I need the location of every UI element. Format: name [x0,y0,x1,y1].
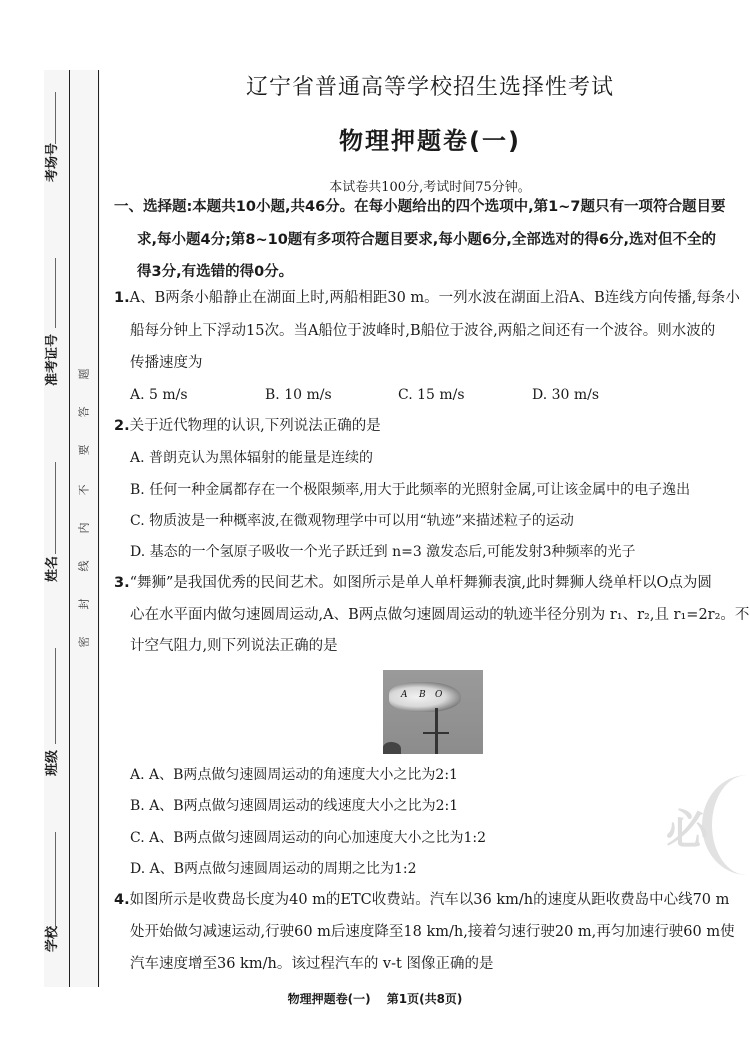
option-c[interactable]: C. 15 m/s [398,380,465,410]
question-text: 如图所示是收费岛长度为40 m的ETC收费站。汽车以36 km/h的速度从距收费… [130,892,730,908]
figure-label-o: O [435,690,442,700]
option-b[interactable]: B. 任何一种金属都存在一个极限频率,用大于此频率的光照射金属,可让该金属中的电… [130,475,690,505]
seal-line-right [98,70,99,987]
option-d[interactable]: D. 30 m/s [532,380,599,410]
crossbar-shape [423,732,449,734]
seal-char: 要 [76,445,92,456]
question-number: 1. [114,290,130,306]
field-label: 姓名 [41,556,60,582]
seal-char: 答 [76,407,92,418]
question-number: 2. [114,418,130,434]
watermark-ring [702,775,750,875]
field-exam-room[interactable]: 考场号 [38,92,64,182]
fill-line [55,832,56,927]
section-instructions-line: 求,每小题4分;第8~10题有多项符合题目要求,每小题6分,全部选对的得6分,选… [137,225,716,255]
seal-char: 线 [76,561,92,572]
option-d[interactable]: D. A、B两点做匀速圆周运动的周期之比为1:2 [130,854,417,884]
question-text: “舞狮”是我国优秀的民间艺术。如图所示是单人单杆舞狮表演,此时舞狮人绕单杆以O点… [130,575,712,591]
field-admission-number[interactable]: 准考证号 [38,258,64,386]
seal-notice: 题 答 要 不 内 线 封 密 [72,0,96,1060]
question-text: 处开始做匀减速运动,行驶60 m后速度降至18 km/h,接着匀速行驶20 m,… [130,917,735,947]
field-school[interactable]: 学校 [38,832,64,952]
option-c[interactable]: C. 物质波是一种概率波,在微观物理学中可以用“轨迹”来描述粒子的运动 [130,506,574,536]
option-b[interactable]: B. 10 m/s [265,380,332,410]
fill-line [55,258,56,328]
footer-paper-title: 物理押题卷(一) [288,992,371,1006]
exam-page: 考场号 准考证号 姓名 班级 学校 题 答 要 不 内 线 封 密 辽宁省普通高… [0,0,750,1060]
fill-line [55,648,56,744]
question-3: 3.“舞狮”是我国优秀的民间艺术。如图所示是单人单杆舞狮表演,此时舞狮人绕单杆以… [114,568,712,598]
question-text: 传播速度为 [130,348,203,378]
field-label: 考场号 [41,143,60,182]
field-name[interactable]: 姓名 [38,462,64,582]
fill-line [55,92,56,144]
option-b[interactable]: B. A、B两点做匀速圆周运动的线速度大小之比为2:1 [130,791,458,821]
page-footer: 物理押题卷(一) 第1页(共8页) [0,990,750,1007]
question-text: 关于近代物理的认识,下列说法正确的是 [130,418,381,434]
question-text: 汽车速度增至36 km/h。该过程汽车的 v-t 图像正确的是 [130,949,493,979]
exam-title: 辽宁省普通高等学校招生选择性考试 [125,70,735,101]
question-1: 1.A、B两条小船静止在湖面上时,两船相距30 m。一列水波在湖面上沿A、B连线… [114,283,740,313]
question-text: A、B两条小船静止在湖面上时,两船相距30 m。一列水波在湖面上沿A、B连线方向… [130,290,740,306]
figure-label-a: A [401,690,408,700]
field-label: 学校 [41,926,60,952]
seal-char: 内 [76,523,92,534]
question-text: 心在水平面内做匀速圆周运动,A、B两点做匀速圆周运动的轨迹半径分别为 r₁、r₂… [130,600,749,630]
seal-char: 封 [76,599,92,610]
question-number: 4. [114,892,130,908]
pole-shape [435,708,438,754]
question-text: 船每分钟上下浮动15次。当A船位于波峰时,B船位于波谷,两船之间还有一个波谷。则… [130,316,715,346]
watermark-logo: 必 [660,775,750,875]
question-4: 4.如图所示是收费岛长度为40 m的ETC收费站。汽车以36 km/h的速度从距… [114,885,729,915]
option-d[interactable]: D. 基态的一个氢原子吸收一个光子跃迁到 n=3 激发态后,可能发射3种频率的光… [130,537,636,567]
option-a[interactable]: A. 普朗克认为黑体辐射的能量是连续的 [130,443,373,473]
option-a[interactable]: A. 5 m/s [130,380,188,410]
figure-label-b: B [419,690,426,700]
field-class[interactable]: 班级 [38,648,64,776]
bush-shape [383,742,401,754]
seal-char: 密 [76,637,92,648]
paper-title: 物理押题卷(一) [125,121,735,156]
lion-dance-figure: A B O [383,670,483,754]
page-number: 第1页(共8页) [387,992,463,1006]
question-text: 计空气阻力,则下列说法正确的是 [130,631,338,661]
field-label: 准考证号 [41,334,60,386]
seal-char: 不 [76,485,92,496]
question-number: 3. [114,575,130,591]
seal-char: 题 [76,369,92,380]
watermark-char: 必 [666,797,708,857]
question-2: 2.关于近代物理的认识,下列说法正确的是 [114,411,381,441]
option-a[interactable]: A. A、B两点做匀速圆周运动的角速度大小之比为2:1 [130,760,458,790]
seal-line-left [69,70,70,987]
option-c[interactable]: C. A、B两点做匀速圆周运动的向心加速度大小之比为1:2 [130,823,486,853]
section-instructions-line: 一、选择题:本题共10小题,共46分。在每小题给出的四个选项中,第1~7题只有一… [114,192,726,222]
fill-line [55,462,56,554]
field-label: 班级 [41,750,60,776]
